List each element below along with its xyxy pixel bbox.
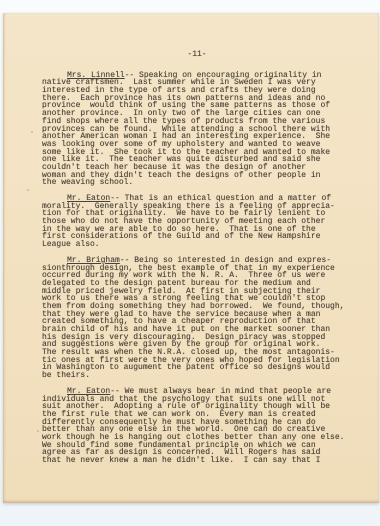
scan-speck [31,131,33,133]
text-line: the weaving school. [42,179,352,187]
typewritten-text: -11- Mrs. Linnell-- Speaking on encourag… [42,51,352,473]
paper-sheet: -11- Mrs. Linnell-- Speaking on encourag… [3,13,379,503]
page-number: -11- [42,51,352,59]
paragraph: Mrs. Linnell-- Speaking on encouraging o… [42,72,352,187]
paragraph: Mr. Eaton-- That is an ethical question … [42,195,352,249]
text-line: be theirs. [42,372,352,380]
text-line: that he never knew a man he didn't like.… [42,457,352,465]
paragraphs: Mrs. Linnell-- Speaking on encouraging o… [42,72,352,465]
paragraph: Mr. Brigham-- Being so interested in des… [42,257,352,380]
text-line: League also. [42,241,352,249]
scan-speck [27,189,29,191]
scan-speck [37,430,39,432]
scanned-document: -11- Mrs. Linnell-- Speaking on encourag… [0,0,380,526]
paragraph: Mr. Eaton-- We must always bear in mind … [42,388,352,465]
